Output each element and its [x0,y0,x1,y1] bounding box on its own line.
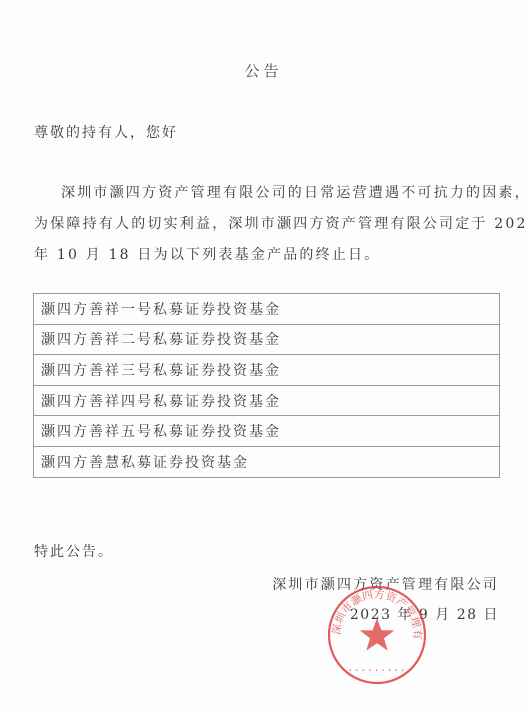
closing-statement: 特此公告。 [34,541,114,561]
table-row: 灏四方善慧私募证券投资基金 [34,446,500,477]
fund-list-table: 灏四方善祥一号私募证券投资基金 灏四方善祥二号私募证券投资基金 灏四方善祥三号私… [33,293,500,478]
table-row: 灏四方善祥五号私募证券投资基金 [34,416,500,447]
fund-name-cell: 灏四方善祥四号私募证券投资基金 [34,385,500,416]
table-row: 灏四方善祥三号私募证券投资基金 [34,355,500,386]
seal-stamp-icon: 深圳市灏四方资产管理有限公司 • • • • • • • • • [326,584,428,686]
fund-name-cell: 灏四方善祥五号私募证券投资基金 [34,416,500,447]
table-row: 灏四方善祥二号私募证券投资基金 [34,324,500,355]
fund-name-cell: 灏四方善祥三号私募证券投资基金 [34,355,500,386]
table-row: 灏四方善祥一号私募证券投资基金 [34,294,500,325]
body-line: 深圳市灏四方资产管理有限公司的日常运营遭遇不可抗力的因素， [34,178,504,209]
greeting: 尊敬的持有人，您好 [34,122,178,142]
svg-text:• • • • • • • • •: • • • • • • • • • [349,668,405,674]
fund-name-cell: 灏四方善祥二号私募证券投资基金 [34,324,500,355]
body-line: 为保障持有人的切实利益，深圳市灏四方资产管理有限公司定于 2023 [34,209,504,240]
table-row: 灏四方善祥四号私募证券投资基金 [34,385,500,416]
company-seal: 深圳市灏四方资产管理有限公司 • • • • • • • • • [326,584,428,686]
announcement-title: 公告 [0,60,527,81]
fund-name-cell: 灏四方善祥一号私募证券投资基金 [34,294,500,325]
announcement-body: 深圳市灏四方资产管理有限公司的日常运营遭遇不可抗力的因素， 为保障持有人的切实利… [34,178,504,271]
body-line: 年 10 月 18 日为以下列表基金产品的终止日。 [34,240,504,271]
fund-name-cell: 灏四方善慧私募证券投资基金 [34,446,500,477]
